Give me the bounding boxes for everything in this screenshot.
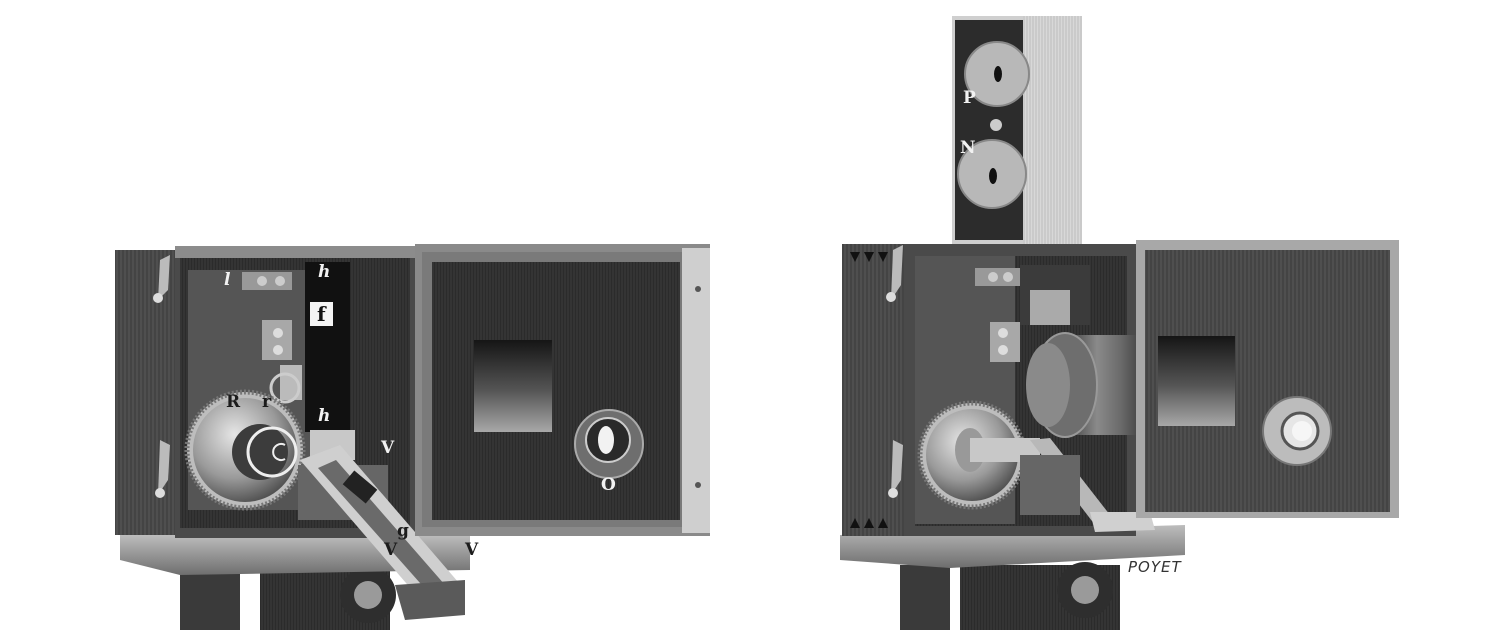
label-h-top: h — [318, 264, 330, 281]
label-l: l — [224, 272, 230, 289]
label-f: f — [310, 302, 333, 326]
label-V-upper: V — [381, 440, 394, 457]
label-V-right: V — [465, 542, 478, 559]
label-O: O — [601, 477, 616, 494]
label-r: r — [262, 394, 271, 411]
label-R: R — [226, 394, 240, 411]
label-N: N — [960, 140, 976, 157]
label-V-left: V — [384, 542, 397, 559]
label-h-mid: h — [318, 408, 330, 425]
left-camera — [115, 244, 710, 630]
engraving-scene: l h f R r h V g V V O P N POYET — [0, 0, 1500, 630]
right-camera — [840, 16, 1399, 630]
engraving-artwork — [0, 0, 1500, 630]
label-P: P — [963, 90, 976, 107]
label-g: g — [397, 523, 409, 540]
engraver-signature: POYET — [1128, 558, 1182, 576]
